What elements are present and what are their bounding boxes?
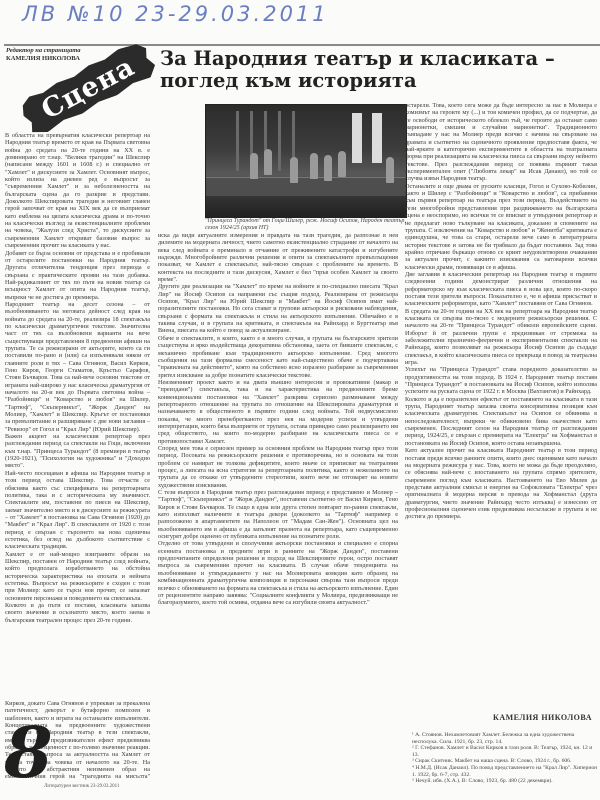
article-column-right: остарели. Това, което сега може да бъде … [405,102,597,670]
paragraph: Другите две реализации на "Хамлет" по вр… [158,283,398,334]
handwritten-issue-note: ЛВ №10 23-29.03.2011 [22,2,329,26]
stage-photo [205,104,407,218]
photo-caption: "Принцеса Турандот" от Гоци/Шилер, реж. … [205,218,410,232]
article-column-middle: иска да види актуалните измерения и прав… [158,232,398,794]
paragraph: Колкото и да е поразителен ефектът от по… [405,396,597,447]
footnote: ³ Сирак Скитник. Макбет на наша сцена. В… [412,758,598,765]
paragraph: иска да види актуалните измерения и прав… [158,232,398,283]
paragraph: Народният театър на десет сезона – от въ… [5,301,150,433]
author-signature: КАМЕЛИЯ НИКОЛОВА [493,713,592,722]
paragraph: Неизменният проект както и на двата външ… [158,379,398,445]
article-headline: За Народния театър и класиката – поглед … [160,48,600,92]
paragraph: Обаче в спектаклите, в които, както е в … [158,335,398,379]
paragraph: В областта на превърнатия класически реп… [5,132,150,250]
paragraph: Хамлет е от най-мощно изиграните образи … [5,551,150,602]
footnote: ⁴ Н.М.Д. (Исак Данаил). По повод предста… [412,765,598,778]
paragraph: Успехът на "Принцеса Турандот" става пор… [405,366,597,395]
paragraph: Най-често посещаван в афиша на Народния … [5,470,150,551]
footnote: ¹ А. Стоянов. Нехамлетовият Хамлет. Беле… [412,732,598,745]
paragraph: Останалите и още двама от руските класиц… [405,183,597,271]
paragraph: Като актуален прочит на класиката Народн… [405,447,597,520]
page-number-large: 8 [4,718,53,788]
paragraph: Две заглавия в класическия репертоар на … [405,271,597,308]
editor-role: Редактор на страницата [6,47,81,55]
footnote: ⁵ Нечуй. ибв. (Х.А.). В: Слово, 1923, бр… [412,778,598,785]
paragraph: Колкото и да пъти се поставя, класиката … [5,602,150,624]
paragraph: С тези въпроси в Народния театър през ра… [158,489,398,540]
paragraph: Отделно от това утвърдени и сполучливи а… [158,540,398,606]
editor-name: КАМЕЛИЯ НИКОЛОВА [6,55,81,63]
paragraph: Добавят се бърза основни от представа и … [5,250,150,301]
paragraph: Важен акцент на класическия репертоар пр… [5,433,150,470]
page-footer: Литературен вестник 23-29.03.2011 [44,784,119,789]
footnotes: ¹ А. Стоянов. Нехамлетовият Хамлет. Беле… [412,732,598,785]
paragraph: остарели. Това, което сега може да бъде … [405,102,597,183]
paragraph: Според мен това е сериозен пример за осн… [158,445,398,489]
page-editor-credit: Редактор на страницата КАМЕЛИЯ НИКОЛОВА [6,47,81,62]
article-column-left: В областта на превърнатия класически реп… [5,132,150,698]
footnote: ² Г. Стефанов. Хамлет и Васил Кирков в т… [412,745,598,758]
header-rule [4,44,600,46]
paragraph: В средата на 20-те години на XX век на р… [405,308,597,367]
